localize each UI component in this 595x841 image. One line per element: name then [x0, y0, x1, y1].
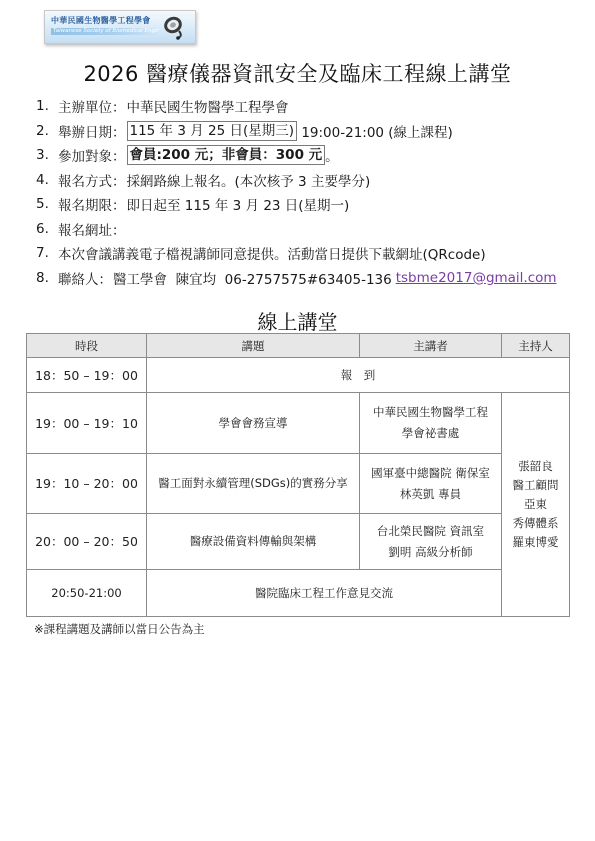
speaker-line: 台北榮民醫院 資訊室 — [360, 521, 501, 542]
item-number: 5. — [36, 196, 58, 212]
item-value: 本次會議講義電子檔視講師同意提供。活動當日提供下載網址(QRcode) — [58, 243, 486, 263]
item-value: 。 — [325, 145, 339, 165]
item-value: 醫工學會 陳宜均 06-2757575#63405-136 — [113, 268, 392, 288]
item-label: 報名期限： — [58, 194, 126, 214]
item-label: 聯絡人： — [58, 268, 112, 288]
host-line: 秀傳體系 — [502, 514, 569, 533]
cell-time: 19：00 – 19：10 — [27, 393, 147, 454]
item-number: 3. — [36, 147, 58, 163]
speaker-line: 劉明 高級分析師 — [360, 542, 501, 563]
footnote: ※課程講題及講師以當日公告為主 — [34, 621, 205, 637]
cell-time: 20：00 – 20：50 — [27, 514, 147, 570]
cell-time: 19：10 – 20：00 — [27, 454, 147, 514]
section-title: 線上講堂 — [0, 306, 595, 335]
cell-topic: 報 到 — [147, 358, 570, 393]
society-logo: 中華民國生物醫學工程學會 Taiwanese Society of Biomed… — [44, 10, 196, 44]
info-registration-url: 6. 報名網址： — [36, 217, 576, 242]
header-time: 時段 — [27, 334, 147, 358]
item-value: 採網路線上報名。(本次核予 3 主要學分) — [127, 170, 371, 190]
info-organizer: 1. 主辦單位： 中華民國生物醫學工程學會 — [36, 94, 576, 119]
item-number: 4. — [36, 172, 58, 188]
contact-email-link[interactable]: tsbme2017@gmail.com — [396, 270, 557, 286]
item-value: 即日起至 115 年 3 月 23 日(星期一) — [127, 194, 350, 214]
cell-topic: 醫院臨床工程工作意見交流 — [147, 570, 502, 617]
table-row: 19：00 – 19：10 學會會務宣導 中華民國生物醫學工程 學會祕書處 張韶… — [27, 393, 570, 454]
table-row: 19：10 – 20：00 醫工面對永續管理(SDGs)的實務分享 國軍臺中總醫… — [27, 454, 570, 514]
info-handouts: 7. 本次會議講義電子檔視講師同意提供。活動當日提供下載網址(QRcode) — [36, 241, 576, 266]
table-row: 20:50-21:00 醫院臨床工程工作意見交流 — [27, 570, 570, 617]
item-number: 6. — [36, 221, 58, 237]
info-date: 2. 舉辦日期： 115 年 3 月 25 日(星期三) 19:00-21:00… — [36, 119, 576, 144]
item-label: 參加對象： — [58, 145, 126, 165]
cell-topic: 學會會務宣導 — [147, 393, 360, 454]
speaker-line: 學會祕書處 — [360, 423, 501, 444]
item-label: 報名網址： — [58, 219, 126, 239]
cell-host: 張韶良 醫工顧問 亞東 秀傳體系 羅東博愛 — [502, 393, 570, 617]
cell-speaker: 國軍臺中總醫院 衛保室 林英凱 專員 — [360, 454, 502, 514]
info-fee: 3. 參加對象： 會員:200 元；非會員：300 元 。 — [36, 143, 576, 168]
speaker-line: 國軍臺中總醫院 衛保室 — [360, 463, 501, 484]
logo-org-name-en: Taiwanese Society of Biomedical Engineer… — [51, 28, 159, 35]
item-value: 中華民國生物醫學工程學會 — [127, 96, 289, 116]
host-line: 張韶良 — [502, 457, 569, 476]
logo-org-name-cn: 中華民國生物醫學工程學會 — [51, 15, 151, 26]
highlighted-date: 115 年 3 月 25 日(星期三) — [127, 121, 298, 141]
host-line: 亞東 — [502, 495, 569, 514]
table-row: 18：50 – 19：00 報 到 — [27, 358, 570, 393]
stethoscope-icon — [161, 14, 187, 40]
schedule-table: 時段 講題 主講者 主持人 18：50 – 19：00 報 到 19：00 – … — [26, 333, 570, 617]
item-number: 2. — [36, 123, 58, 139]
speaker-line: 中華民國生物醫學工程 — [360, 402, 501, 423]
item-value: 19:00-21:00 (線上課程) — [297, 121, 453, 141]
table-row: 20：00 – 20：50 醫療設備資料傳輸與架構 台北榮民醫院 資訊室 劉明 … — [27, 514, 570, 570]
item-number: 7. — [36, 245, 58, 261]
table-header-row: 時段 講題 主講者 主持人 — [27, 334, 570, 358]
info-registration-method: 4. 報名方式： 採網路線上報名。(本次核予 3 主要學分) — [36, 168, 576, 193]
item-label: 報名方式： — [58, 170, 126, 190]
header-host: 主持人 — [502, 334, 570, 358]
item-label: 主辦單位： — [58, 96, 126, 116]
cell-speaker: 中華民國生物醫學工程 學會祕書處 — [360, 393, 502, 454]
header-topic: 講題 — [147, 334, 360, 358]
header-speaker: 主講者 — [360, 334, 502, 358]
info-contact: 8. 聯絡人： 醫工學會 陳宜均 06-2757575#63405-136 ts… — [36, 266, 576, 291]
highlighted-fee: 會員:200 元；非會員：300 元 — [127, 145, 326, 165]
cell-time: 20:50-21:00 — [27, 570, 147, 617]
item-number: 1. — [36, 98, 58, 114]
cell-speaker: 台北榮民醫院 資訊室 劉明 高級分析師 — [360, 514, 502, 570]
cell-topic: 醫工面對永續管理(SDGs)的實務分享 — [147, 454, 360, 514]
host-line: 羅東博愛 — [502, 533, 569, 552]
item-number: 8. — [36, 270, 58, 286]
speaker-line: 林英凱 專員 — [360, 484, 501, 505]
cell-topic: 醫療設備資料傳輸與架構 — [147, 514, 360, 570]
event-info-list: 1. 主辦單位： 中華民國生物醫學工程學會 2. 舉辦日期： 115 年 3 月… — [36, 94, 576, 290]
item-label: 舉辦日期： — [58, 121, 126, 141]
info-registration-deadline: 5. 報名期限： 即日起至 115 年 3 月 23 日(星期一) — [36, 192, 576, 217]
cell-time: 18：50 – 19：00 — [27, 358, 147, 393]
page-title: 2026 醫療儀器資訊安全及臨床工程線上講堂 — [0, 58, 595, 88]
host-line: 醫工顧問 — [502, 476, 569, 495]
